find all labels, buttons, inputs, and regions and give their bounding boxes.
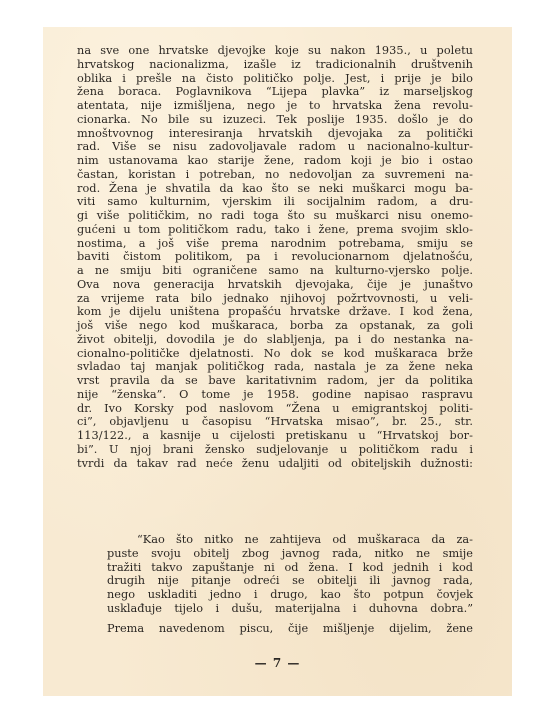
text-line: vrst pravila da se bave karitativnim rad… <box>77 374 473 388</box>
quote-line: tražiti takvo zapuštanje ni od žena. I k… <box>107 561 473 575</box>
text-line: nostima, a još više prema narodnim potre… <box>77 237 473 251</box>
text-line: gi više političkim, no radi toga što su … <box>77 209 473 223</box>
page-number: — 7 — <box>43 656 512 670</box>
text-line: bi”. U njoj brani žensko sudjelovanje u … <box>77 443 473 457</box>
body-paragraph: na sve one hrvatske djevojke koje su nak… <box>77 44 473 470</box>
text-line: žena boraca. Poglavnikova “Lijepa plavka… <box>77 85 473 99</box>
quote-line: drugih nije pitanje odreći se obitelji i… <box>107 574 473 588</box>
text-line: cionalno-političke djelatnosti. No dok s… <box>77 347 473 361</box>
text-line: gućeni u tom političkom radu, tako i žen… <box>77 223 473 237</box>
text-line: viti samo kulturnim, vjerskim ili socija… <box>77 195 473 209</box>
scanned-page: na sve one hrvatske djevojke koje su nak… <box>43 27 512 696</box>
text-line: Ova nova generacija hrvatskih djevojaka,… <box>77 278 473 292</box>
text-line: svladao taj manjak političkog rada, nast… <box>77 360 473 374</box>
text-line: rad. Više se nisu zadovoljavale radom u … <box>77 140 473 154</box>
text-line: rod. Žena je shvatila da kao što se neki… <box>77 182 473 196</box>
text-line: cionarka. No bile su izuzeci. Tek poslij… <box>77 113 473 127</box>
text-line: još više nego kod muškaraca, borba za op… <box>77 319 473 333</box>
quote-line: nego uskladiti jedno i drugo, kao što po… <box>107 588 473 602</box>
text-line: oblika i prešle na čisto političko polje… <box>77 72 473 86</box>
closing-paragraph: Prema navedenom piscu, čije mišljenje di… <box>107 622 473 636</box>
text-line: ci”, objavljenu u časopisu “Hrvatska mis… <box>77 415 473 429</box>
text-line: nim ustanovama kao starije žene, radom k… <box>77 154 473 168</box>
text-line: častan, koristan i potreban, no nedovolj… <box>77 168 473 182</box>
quote-line: puste svoju obitelj zbog javnog rada, ni… <box>107 547 473 561</box>
quote-line: “Kao što nitko ne zahtijeva od muškaraca… <box>107 533 473 547</box>
quote-line: usklađuje tijelo i dušu, materijalna i d… <box>107 602 473 616</box>
text-line: Prema navedenom piscu, čije mišljenje di… <box>107 622 473 636</box>
text-line: tvrdi da takav rad neće ženu udaljiti od… <box>77 457 473 471</box>
text-line: baviti čistom politikom, pa i revolucion… <box>77 250 473 264</box>
text-line: dr. Ivo Korsky pod naslovom “Žena u emig… <box>77 402 473 416</box>
text-line: kom je dijelu uništena propašću hrvatske… <box>77 305 473 319</box>
text-line: 113/122., a kasnije u cijelosti pretiska… <box>77 429 473 443</box>
text-line: za vrijeme rata bilo jednako njihovoj po… <box>77 292 473 306</box>
text-line: mnoštvovnog interesiranja hrvatskih djev… <box>77 127 473 141</box>
text-line: atentata, nije izmišljena, nego je to hr… <box>77 99 473 113</box>
block-quote: “Kao što nitko ne zahtijeva od muškaraca… <box>107 533 473 616</box>
text-line: život obitelji, dovodila je do slabljenj… <box>77 333 473 347</box>
text-line: hrvatskog nacionalizma, izašle iz tradic… <box>77 58 473 72</box>
text-line: na sve one hrvatske djevojke koje su nak… <box>77 44 473 58</box>
text-line: nije “ženska”. O tome je 1958. godine na… <box>77 388 473 402</box>
text-line: a ne smiju biti ograničene samo na kultu… <box>77 264 473 278</box>
